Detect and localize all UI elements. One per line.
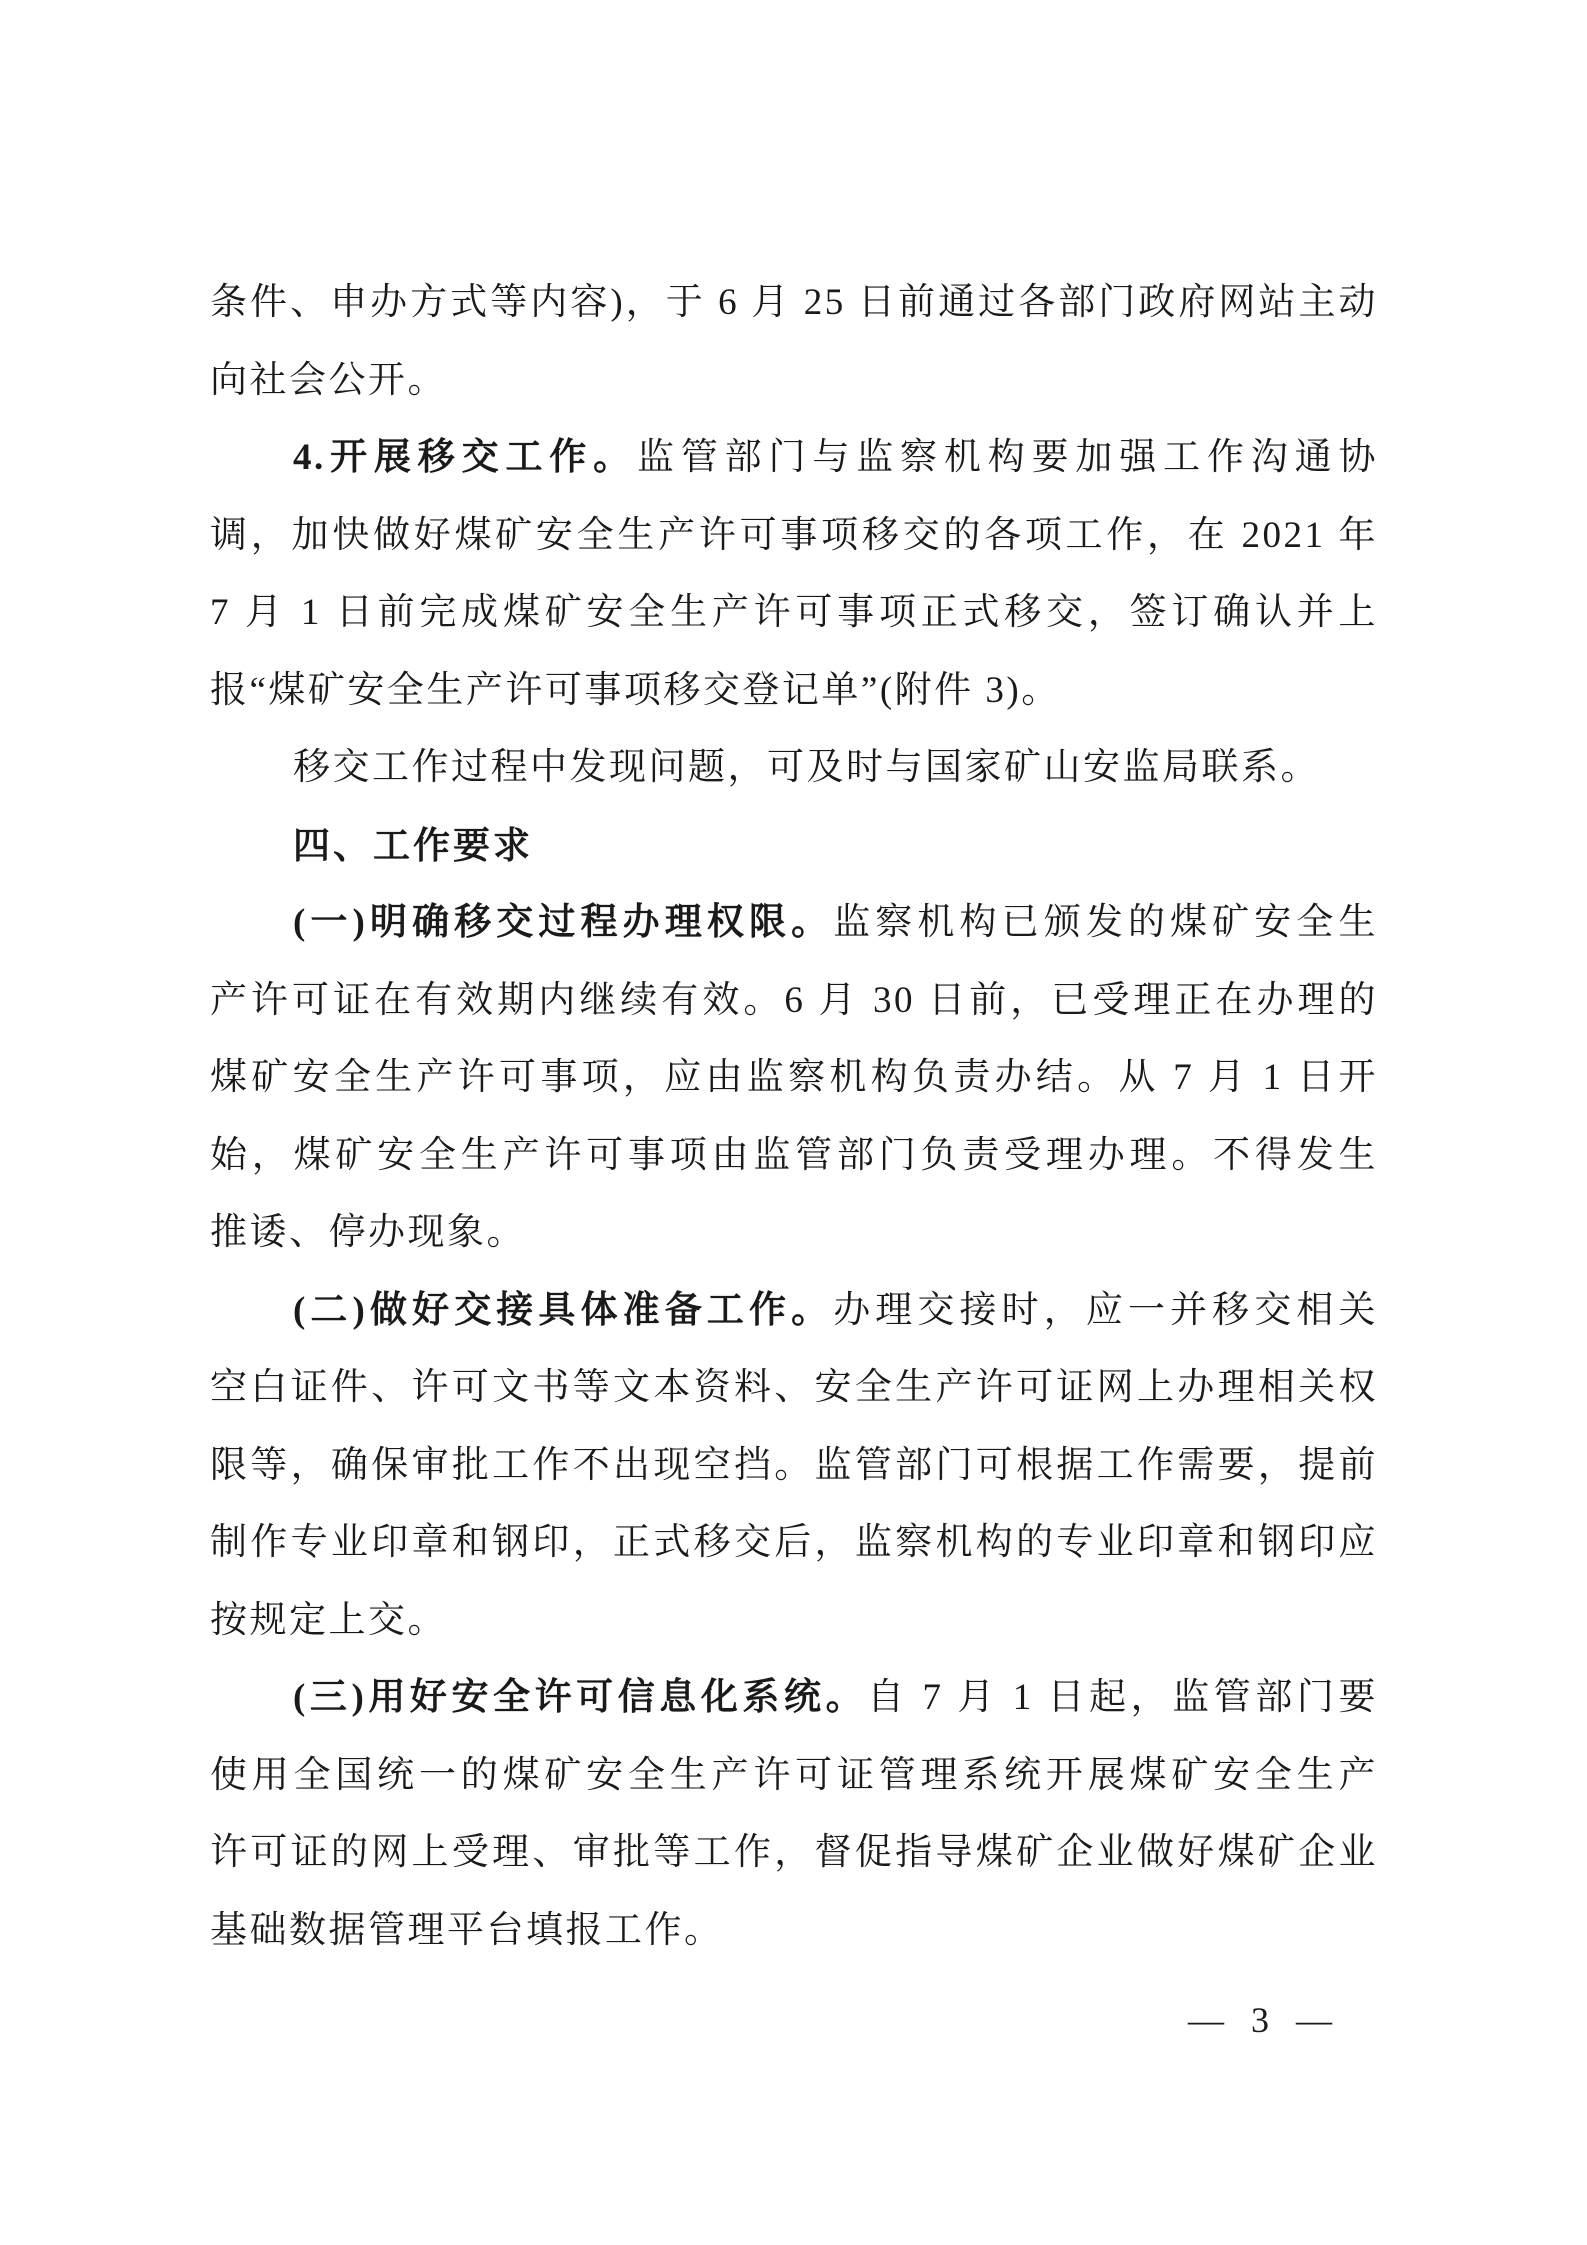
text-line: 移交工作过程中发现问题，可及时与国家矿山安监局联系。 xyxy=(210,729,1378,807)
body-text: 监察机构已颁发的煤矿安全生 xyxy=(833,902,1378,943)
text-line: (三)用好安全许可信息化系统。自 7 月 1 日起，监管部门要 xyxy=(210,1659,1378,1737)
text-line: 7 月 1 日前完成煤矿安全生产许可事项正式移交，签订确认并上 xyxy=(210,574,1378,652)
text-line: 限等，确保审批工作不出现空挡。监管部门可根据工作需要，提前 xyxy=(210,1427,1378,1505)
body-text: 自 7 月 1 日起，监管部门要 xyxy=(867,1677,1378,1718)
body-text: 限等，确保审批工作不出现空挡。监管部门可根据工作需要，提前 xyxy=(210,1445,1378,1486)
body-text: 产许可证在有效期内继续有效。6 月 30 日前，已受理正在办理的 xyxy=(210,980,1378,1021)
heading-text: 四、工作要求 xyxy=(293,825,533,866)
page-number: — 3 — xyxy=(1188,1988,1341,2052)
section-heading: 四、工作要求 xyxy=(210,807,1378,885)
text-line: 条件、申办方式等内容)，于 6 月 25 日前通过各部门政府网站主动 xyxy=(210,264,1378,342)
body-text: 始，煤矿安全生产许可事项由监管部门负责受理办理。不得发生 xyxy=(210,1135,1378,1176)
text-line: 报“煤矿安全生产许可事项移交登记单”(附件 3)。 xyxy=(210,652,1378,730)
document-body: 条件、申办方式等内容)，于 6 月 25 日前通过各部门政府网站主动 向社会公开… xyxy=(210,264,1378,1969)
body-text: 制作专业印章和钢印，正式移交后，监察机构的专业印章和钢印应 xyxy=(210,1522,1378,1563)
text-line: 调，加快做好煤矿安全生产许可事项移交的各项工作，在 2021 年 xyxy=(210,497,1378,575)
text-line: (二)做好交接具体准备工作。办理交接时，应一并移交相关 xyxy=(210,1272,1378,1350)
document-page: 条件、申办方式等内容)，于 6 月 25 日前通过各部门政府网站主动 向社会公开… xyxy=(0,0,1587,2245)
text-line: 许可证的网上受理、审批等工作，督促指导煤矿企业做好煤矿企业 xyxy=(210,1814,1378,1892)
body-text: 许可证的网上受理、审批等工作，督促指导煤矿企业做好煤矿企业 xyxy=(210,1832,1378,1873)
body-text: 按规定上交。 xyxy=(210,1600,447,1641)
text-line: 产许可证在有效期内继续有效。6 月 30 日前，已受理正在办理的 xyxy=(210,962,1378,1040)
body-text: 空白证件、许可文书等文本资料、安全生产许可证网上办理相关权 xyxy=(210,1367,1378,1408)
body-text: 报“煤矿安全生产许可事项移交登记单”(附件 3)。 xyxy=(210,670,1061,711)
text-line: 煤矿安全生产许可事项，应由监察机构负责办结。从 7 月 1 日开 xyxy=(210,1039,1378,1117)
lead-phrase: (二)做好交接具体准备工作。 xyxy=(293,1290,833,1331)
body-text: 7 月 1 日前完成煤矿安全生产许可事项正式移交，签订确认并上 xyxy=(210,592,1378,633)
text-line: 4.开展移交工作。监管部门与监察机构要加强工作沟通协 xyxy=(210,419,1378,497)
body-text: 调，加快做好煤矿安全生产许可事项移交的各项工作，在 2021 年 xyxy=(210,515,1378,556)
text-line: 始，煤矿安全生产许可事项由监管部门负责受理办理。不得发生 xyxy=(210,1117,1378,1195)
body-text: 移交工作过程中发现问题，可及时与国家矿山安监局联系。 xyxy=(293,747,1320,788)
text-line: 空白证件、许可文书等文本资料、安全生产许可证网上办理相关权 xyxy=(210,1349,1378,1427)
body-text: 监管部门与监察机构要加强工作沟通协 xyxy=(637,437,1378,478)
lead-phrase: (一)明确移交过程办理权限。 xyxy=(293,902,833,943)
text-line: 推诿、停办现象。 xyxy=(210,1194,1378,1272)
body-text: 办理交接时，应一并移交相关 xyxy=(833,1290,1378,1331)
text-line: 按规定上交。 xyxy=(210,1582,1378,1660)
text-line: 向社会公开。 xyxy=(210,342,1378,420)
text-line: 使用全国统一的煤矿安全生产许可证管理系统开展煤矿安全生产 xyxy=(210,1737,1378,1815)
text-line: (一)明确移交过程办理权限。监察机构已颁发的煤矿安全生 xyxy=(210,884,1378,962)
body-text: 煤矿安全生产许可事项，应由监察机构负责办结。从 7 月 1 日开 xyxy=(210,1057,1378,1098)
body-text: 向社会公开。 xyxy=(210,360,447,401)
body-text: 条件、申办方式等内容)，于 6 月 25 日前通过各部门政府网站主动 xyxy=(210,282,1378,323)
lead-phrase: 4.开展移交工作。 xyxy=(293,437,637,478)
lead-phrase: (三)用好安全许可信息化系统。 xyxy=(293,1677,867,1718)
text-line: 基础数据管理平台填报工作。 xyxy=(210,1892,1378,1970)
text-line: 制作专业印章和钢印，正式移交后，监察机构的专业印章和钢印应 xyxy=(210,1504,1378,1582)
body-text: 基础数据管理平台填报工作。 xyxy=(210,1910,724,1951)
body-text: 推诿、停办现象。 xyxy=(210,1212,526,1253)
body-text: 使用全国统一的煤矿安全生产许可证管理系统开展煤矿安全生产 xyxy=(210,1755,1378,1796)
